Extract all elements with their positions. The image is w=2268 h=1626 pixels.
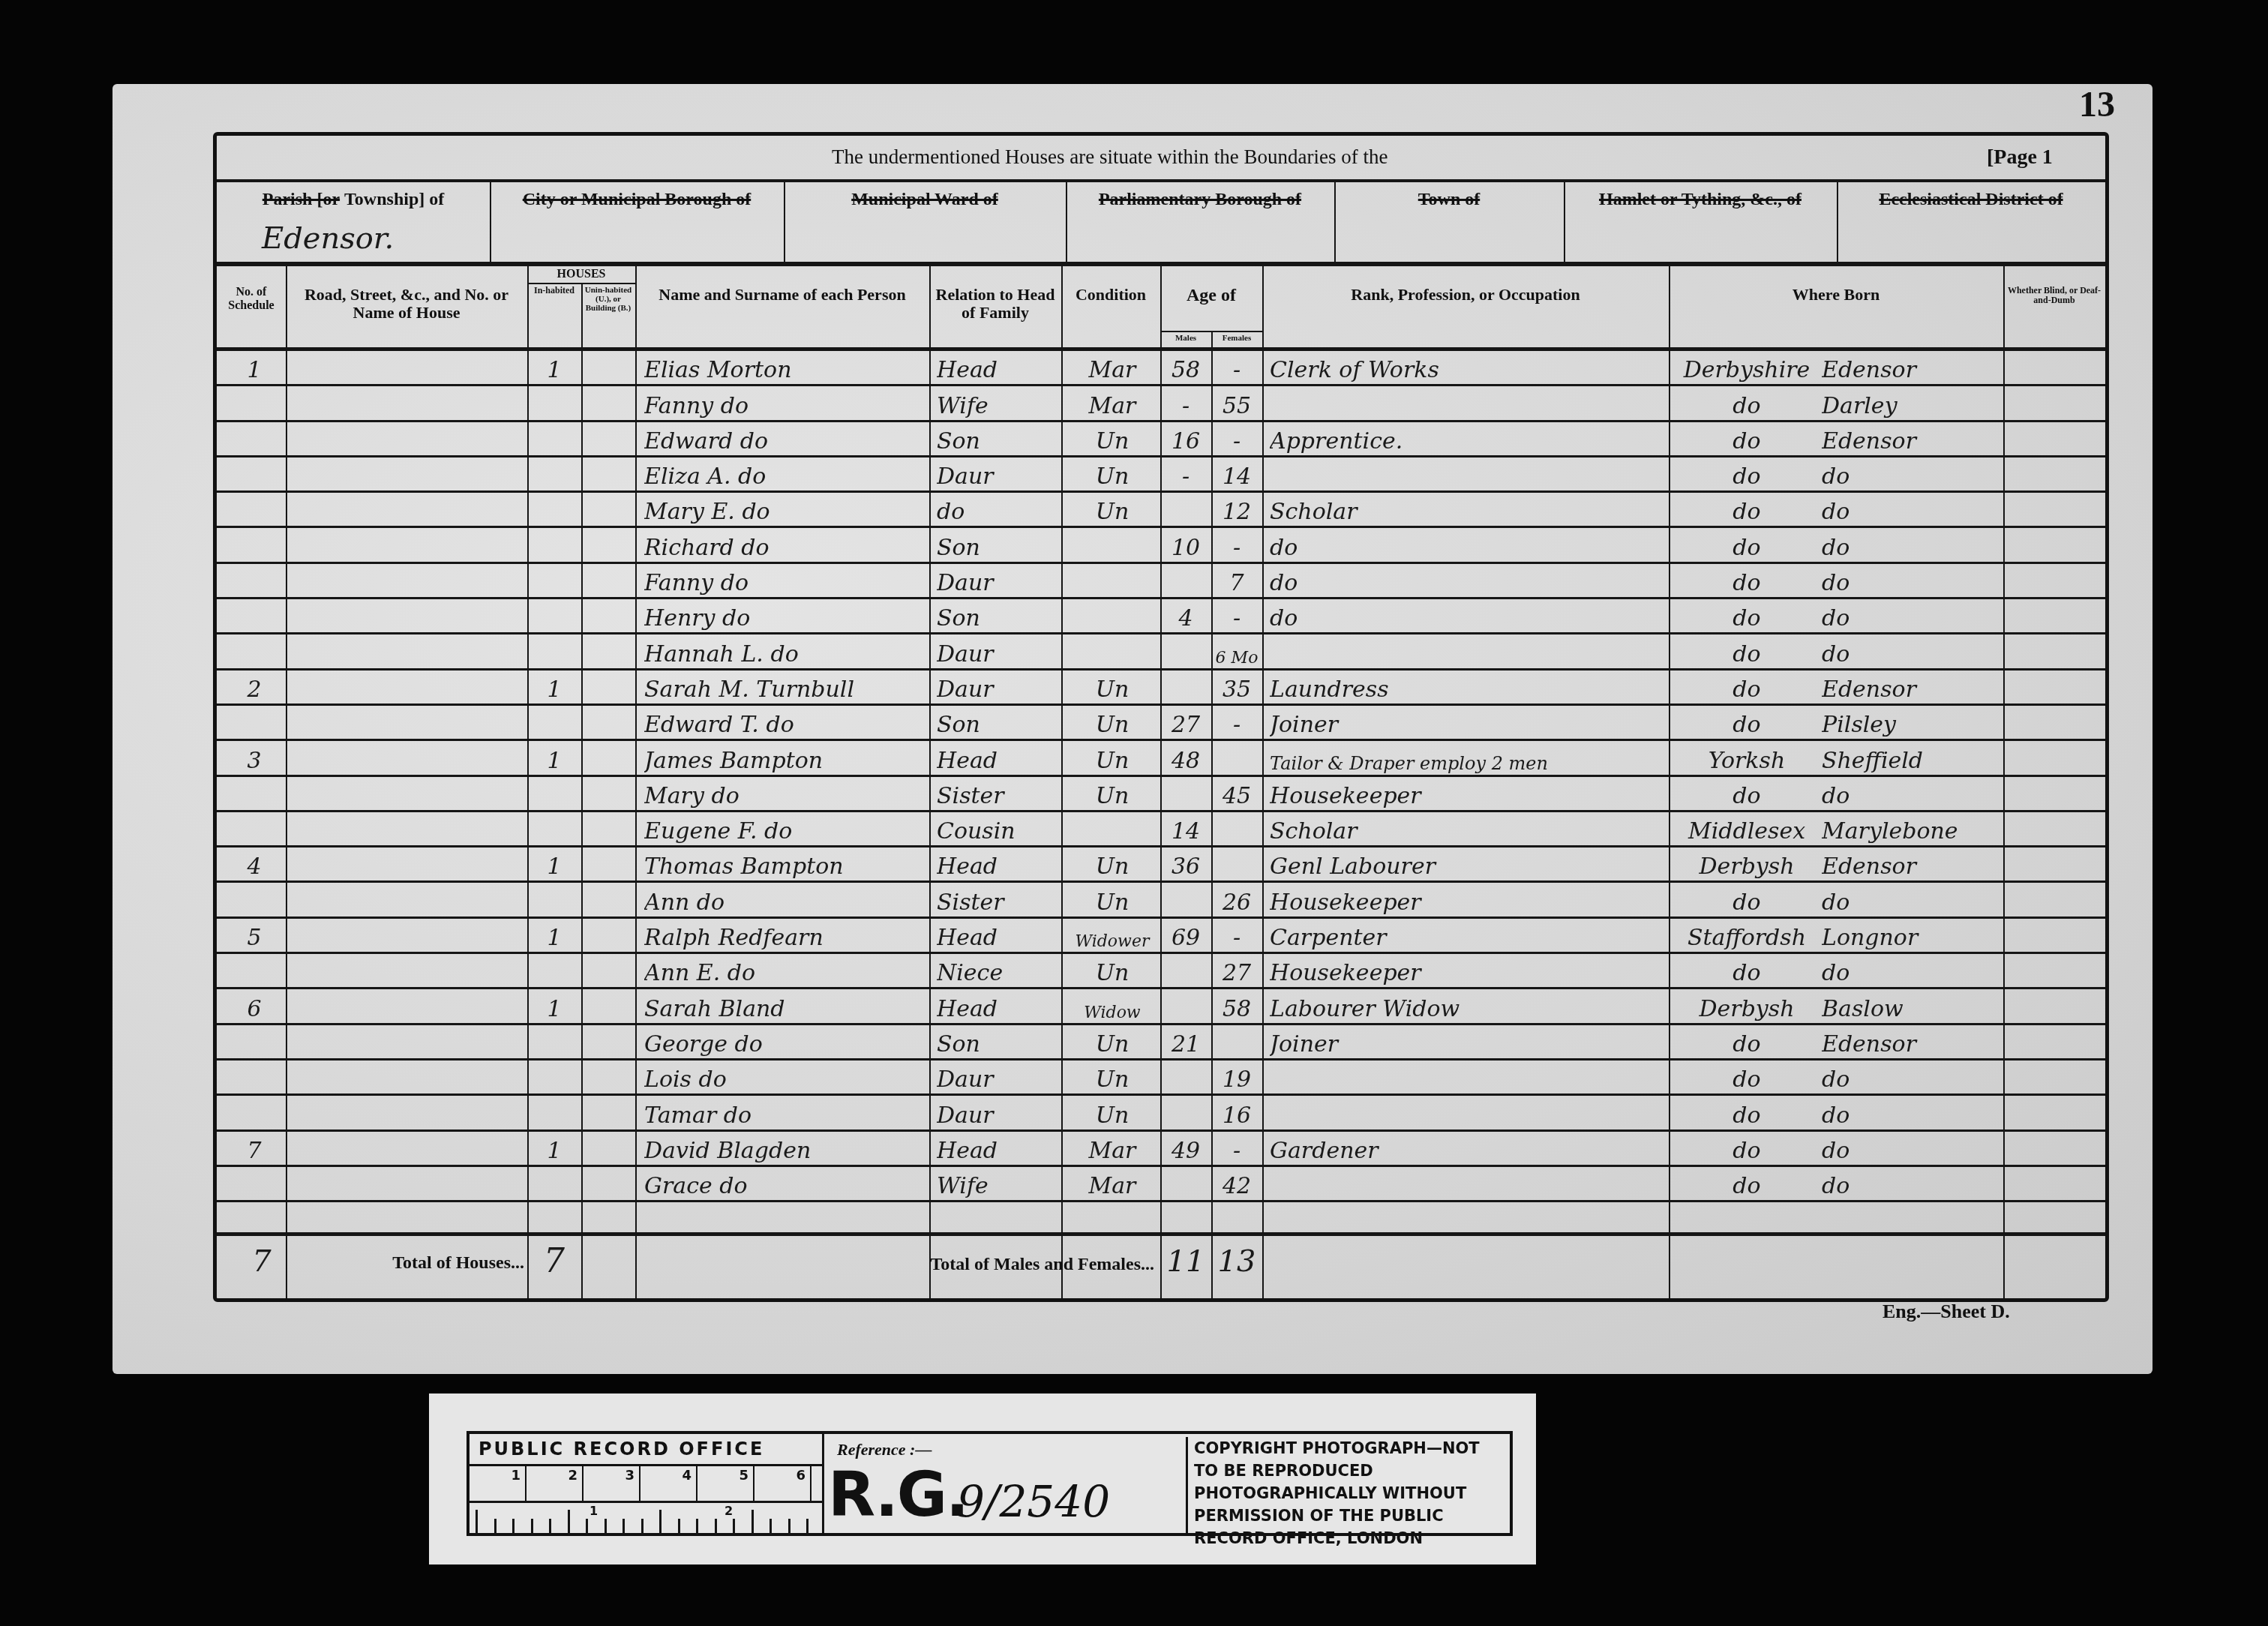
cell-female xyxy=(1211,847,1262,883)
column-header-relation: Relation to Head of Family xyxy=(932,286,1058,322)
cell-occupation: do xyxy=(1270,599,1669,634)
cell-name: Tamar do xyxy=(644,1096,929,1131)
reference-number: 9/2540 xyxy=(957,1476,1110,1527)
area-label-struck: Municipal Ward of xyxy=(851,190,998,209)
cell-relation: Son xyxy=(937,529,1061,564)
cell-schedule: 5 xyxy=(223,919,286,954)
folio-number: 13 xyxy=(2079,84,2115,125)
cell-female: 45 xyxy=(1211,777,1262,812)
cell-born-county: do xyxy=(1679,706,1814,741)
office-title: PUBLIC RECORD OFFICE xyxy=(478,1438,764,1459)
cell-relation: Cousin xyxy=(937,812,1061,847)
cell-occupation: Carpenter xyxy=(1270,919,1669,954)
cell-schedule xyxy=(223,634,286,670)
cell-born-place: Darley xyxy=(1822,386,1994,421)
cell-occupation: Housekeeper xyxy=(1270,954,1669,989)
cell-born-county: do xyxy=(1679,493,1814,528)
cell-male: 27 xyxy=(1160,706,1211,741)
cell-born-county: do xyxy=(1679,634,1814,670)
cell-female: 12 xyxy=(1211,493,1262,528)
cell-condition: Un xyxy=(1064,777,1160,812)
cell-schedule: 7 xyxy=(223,1132,286,1167)
cell-condition: Un xyxy=(1064,954,1160,989)
table-row: George doSonUn21JoinerdoEdensor xyxy=(217,1025,2105,1060)
cell-schedule xyxy=(223,564,286,599)
cell-condition: Un xyxy=(1064,741,1160,776)
cell-born-place: Baslow xyxy=(1822,989,1994,1024)
area-label-struck: Hamlet or Tything, &c., of xyxy=(1599,190,1801,209)
cell-condition xyxy=(1064,634,1160,670)
cell-relation: Head xyxy=(937,989,1061,1024)
cell-born-place: do xyxy=(1822,1096,1994,1131)
cell-relation: Head xyxy=(937,1132,1061,1167)
cell-born-county: do xyxy=(1679,670,1814,706)
cell-condition: Un xyxy=(1064,493,1160,528)
ruler-inch-label: 6 xyxy=(796,1468,805,1483)
cell-male: - xyxy=(1160,457,1211,493)
area-box-4: Town of xyxy=(1334,182,1564,262)
cell-male: - xyxy=(1160,386,1211,421)
cell-female: 16 xyxy=(1211,1096,1262,1131)
cell-male xyxy=(1160,989,1211,1024)
cell-schedule xyxy=(223,493,286,528)
cell-name: Edward T. do xyxy=(644,706,929,741)
cell-name: Ann E. do xyxy=(644,954,929,989)
cell-relation: Sister xyxy=(937,883,1061,919)
cell-born-county: do xyxy=(1679,1025,1814,1060)
cell-inhabited xyxy=(527,883,581,919)
boundary-caption: The undermentioned Houses are situate wi… xyxy=(832,146,1388,169)
cell-relation: Daur xyxy=(937,457,1061,493)
cell-female: 26 xyxy=(1211,883,1262,919)
total-houses-label: Total of Houses... xyxy=(329,1253,524,1273)
cell-born-county: do xyxy=(1679,954,1814,989)
cell-born-place: do xyxy=(1822,599,1994,634)
ruler-inch-label: 5 xyxy=(739,1468,748,1483)
cell-occupation xyxy=(1270,1167,1669,1202)
cell-relation: Son xyxy=(937,706,1061,741)
cell-male: 69 xyxy=(1160,919,1211,954)
total-houses-value: 7 xyxy=(527,1242,581,1280)
cell-female: - xyxy=(1211,351,1262,386)
cell-inhabited xyxy=(527,564,581,599)
cell-female: 14 xyxy=(1211,457,1262,493)
cell-born-place: Edensor xyxy=(1822,847,1994,883)
column-header-road: Road, Street, &c., and No. or Name of Ho… xyxy=(289,286,524,322)
table-row: 61Sarah BlandHeadWidow58Labourer WidowDe… xyxy=(217,989,2105,1024)
cell-relation: Son xyxy=(937,422,1061,457)
column-header-houses: HOUSES xyxy=(530,268,632,281)
cell-name: Fanny do xyxy=(644,386,929,421)
cell-condition: Un xyxy=(1064,457,1160,493)
cell-female: - xyxy=(1211,422,1262,457)
cell-occupation: Tailor & Draper employ 2 men xyxy=(1270,741,1669,776)
cell-occupation xyxy=(1270,1060,1669,1096)
column-header-schedule: No. of Schedule xyxy=(220,286,283,312)
cell-born-county: do xyxy=(1679,777,1814,812)
cell-occupation: Joiner xyxy=(1270,1025,1669,1060)
cell-name: Mary E. do xyxy=(644,493,929,528)
cell-relation: Niece xyxy=(937,954,1061,989)
cell-relation: Daur xyxy=(937,670,1061,706)
cell-condition: Widow xyxy=(1064,989,1160,1024)
ruler-inch-label: 1 xyxy=(511,1468,520,1483)
area-box-3: Parliamentary Borough of xyxy=(1066,182,1334,262)
cell-occupation: Scholar xyxy=(1270,493,1669,528)
cell-name: Eliza A. do xyxy=(644,457,929,493)
cell-born-place: do xyxy=(1822,954,1994,989)
cell-name: Grace do xyxy=(644,1167,929,1202)
cell-condition xyxy=(1064,564,1160,599)
cell-born-county: Derbyshire xyxy=(1679,351,1814,386)
cell-name: Edward do xyxy=(644,422,929,457)
cell-male xyxy=(1160,883,1211,919)
cell-male xyxy=(1160,954,1211,989)
cell-relation: Son xyxy=(937,1025,1061,1060)
cell-female: - xyxy=(1211,919,1262,954)
page-label: [Page 1 xyxy=(1987,146,2053,169)
cell-occupation xyxy=(1270,1096,1669,1131)
table-row: Henry doSon4-dododo xyxy=(217,599,2105,634)
cell-name: James Bampton xyxy=(644,741,929,776)
cell-born-county: Derbysh xyxy=(1679,989,1814,1024)
table-row: Ann doSisterUn26Housekeeperdodo xyxy=(217,883,2105,919)
cell-inhabited xyxy=(527,954,581,989)
cell-inhabited xyxy=(527,1025,581,1060)
cell-occupation: do xyxy=(1270,564,1669,599)
ruler-inch-3: 3 xyxy=(583,1466,640,1501)
cell-schedule xyxy=(223,954,286,989)
column-header-females: Females xyxy=(1214,334,1259,343)
cell-born-county: do xyxy=(1679,1096,1814,1131)
cell-schedule: 4 xyxy=(223,847,286,883)
cell-name: Mary do xyxy=(644,777,929,812)
column-header-where-born: Where Born xyxy=(1672,286,2000,304)
ruler-inch-6: 6 xyxy=(754,1466,811,1501)
cell-born-county: do xyxy=(1679,1167,1814,1202)
cell-female: - xyxy=(1211,599,1262,634)
cell-name: Fanny do xyxy=(644,564,929,599)
column-header-blind: Whether Blind, or Deaf-and-Dumb xyxy=(2006,286,2102,305)
cell-male xyxy=(1160,1167,1211,1202)
table-row: Hannah L. doDaur6 Mododo xyxy=(217,634,2105,670)
area-label: Township] of xyxy=(344,190,444,209)
cell-name: Elias Morton xyxy=(644,351,929,386)
cell-schedule: 6 xyxy=(223,989,286,1024)
cell-born-county: do xyxy=(1679,599,1814,634)
cell-name: Ann do xyxy=(644,883,929,919)
cell-occupation: Gardener xyxy=(1270,1132,1669,1167)
ruler-inch-5: 5 xyxy=(697,1466,754,1501)
cell-name: Lois do xyxy=(644,1060,929,1096)
cell-born-place: do xyxy=(1822,1132,1994,1167)
cell-inhabited xyxy=(527,599,581,634)
cell-male xyxy=(1160,777,1211,812)
table-row: Fanny doWifeMar-55doDarley xyxy=(217,386,2105,421)
cell-inhabited xyxy=(527,457,581,493)
cell-born-county: do xyxy=(1679,564,1814,599)
cell-female: - xyxy=(1211,706,1262,741)
cell-relation: Son xyxy=(937,599,1061,634)
table-row: Tamar doDaurUn16dodo xyxy=(217,1096,2105,1131)
parish-value: Edensor. xyxy=(262,221,394,256)
cell-occupation: Clerk of Works xyxy=(1270,351,1669,386)
ruler-inch-label: 3 xyxy=(625,1468,634,1483)
cell-occupation: Housekeeper xyxy=(1270,777,1669,812)
cell-schedule xyxy=(223,1167,286,1202)
cell-condition: Un xyxy=(1064,706,1160,741)
cell-relation: Sister xyxy=(937,777,1061,812)
cell-female: - xyxy=(1211,1132,1262,1167)
cell-inhabited xyxy=(527,493,581,528)
cell-schedule xyxy=(223,1025,286,1060)
cell-relation: Head xyxy=(937,919,1061,954)
cell-schedule xyxy=(223,777,286,812)
cell-inhabited xyxy=(527,706,581,741)
area-label-struck: City or Municipal Borough of xyxy=(523,190,751,209)
cell-relation: Daur xyxy=(937,564,1061,599)
cell-male: 14 xyxy=(1160,812,1211,847)
cell-female xyxy=(1211,812,1262,847)
cell-born-place: Edensor xyxy=(1822,670,1994,706)
cell-born-county: do xyxy=(1679,1060,1814,1096)
cell-inhabited: 1 xyxy=(527,919,581,954)
ruler-inch-2: 2 xyxy=(526,1466,583,1501)
cell-name: Eugene F. do xyxy=(644,812,929,847)
cell-inhabited xyxy=(527,634,581,670)
total-females: 13 xyxy=(1211,1244,1262,1279)
table-row: 41Thomas BamptonHeadUn36Genl LabourerDer… xyxy=(217,847,2105,883)
table-row: Lois doDaurUn19dodo xyxy=(217,1060,2105,1096)
cell-relation: Wife xyxy=(937,1167,1061,1202)
cell-born-county: do xyxy=(1679,883,1814,919)
table-row: Ann E. doNieceUn27Housekeeperdodo xyxy=(217,954,2105,989)
cell-condition: Un xyxy=(1064,883,1160,919)
table-row: Eugene F. doCousin14ScholarMiddlesexMary… xyxy=(217,812,2105,847)
area-box-6: Ecclesiastical District of xyxy=(1837,182,2105,262)
table-row: Mary doSisterUn45Housekeeperdodo xyxy=(217,777,2105,812)
cell-condition: Un xyxy=(1064,670,1160,706)
cell-born-place: Sheffield xyxy=(1822,741,1994,776)
cell-born-county: Yorksh xyxy=(1679,741,1814,776)
cell-name: Ralph Redfearn xyxy=(644,919,929,954)
cell-condition: Mar xyxy=(1064,351,1160,386)
cell-born-county: do xyxy=(1679,1132,1814,1167)
ruler-inch-label: 4 xyxy=(682,1468,691,1483)
cell-condition: Un xyxy=(1064,1025,1160,1060)
cell-male: 48 xyxy=(1160,741,1211,776)
cell-occupation: Labourer Widow xyxy=(1270,989,1669,1024)
cell-relation: Head xyxy=(937,351,1061,386)
cell-name: David Blagden xyxy=(644,1132,929,1167)
census-form: The undermentioned Houses are situate wi… xyxy=(213,132,2109,1302)
reference-prefix: R.G. xyxy=(828,1459,967,1531)
cell-inhabited xyxy=(527,1167,581,1202)
cell-name: Sarah M. Turnbull xyxy=(644,670,929,706)
cell-occupation: Scholar xyxy=(1270,812,1669,847)
cell-male xyxy=(1160,564,1211,599)
cell-inhabited xyxy=(527,777,581,812)
cell-condition xyxy=(1064,812,1160,847)
cell-condition: Un xyxy=(1064,1060,1160,1096)
cell-condition: Un xyxy=(1064,1096,1160,1131)
cell-schedule xyxy=(223,1060,286,1096)
cell-born-place: do xyxy=(1822,777,1994,812)
cell-condition: Un xyxy=(1064,847,1160,883)
cell-inhabited xyxy=(527,1060,581,1096)
column-header-age: Age of xyxy=(1163,286,1259,305)
cell-born-county: Staffordsh xyxy=(1679,919,1814,954)
table-row: Fanny doDaur7dododo xyxy=(217,564,2105,599)
cell-inhabited: 1 xyxy=(527,1132,581,1167)
area-label-struck: Parish [or xyxy=(262,190,340,209)
area-box-1: City or Municipal Borough of xyxy=(490,182,784,262)
cell-name: George do xyxy=(644,1025,929,1060)
cell-inhabited: 1 xyxy=(527,351,581,386)
table-row: 21Sarah M. TurnbullDaurUn35LaundressdoEd… xyxy=(217,670,2105,706)
ruler-inch-4: 4 xyxy=(640,1466,697,1501)
cell-schedule xyxy=(223,883,286,919)
cell-born-county: Middlesex xyxy=(1679,812,1814,847)
table-row: Edward doSonUn16-Apprentice.doEdensor xyxy=(217,422,2105,457)
cell-born-place: do xyxy=(1822,883,1994,919)
total-persons-label: Total of Males and Females... xyxy=(832,1255,1154,1274)
reference-label: Reference :— xyxy=(837,1440,931,1459)
stamp-frame: PUBLIC RECORD OFFICE 12345612 Reference … xyxy=(466,1431,1513,1536)
cell-born-place: do xyxy=(1822,564,1994,599)
cell-male: 4 xyxy=(1160,599,1211,634)
cell-born-place: Edensor xyxy=(1822,1025,1994,1060)
cell-occupation: do xyxy=(1270,529,1669,564)
area-box-2: Municipal Ward of xyxy=(784,182,1066,262)
cell-occupation xyxy=(1270,386,1669,421)
cell-schedule xyxy=(223,457,286,493)
cell-born-county: do xyxy=(1679,422,1814,457)
cell-name: Henry do xyxy=(644,599,929,634)
cell-born-county: do xyxy=(1679,386,1814,421)
cell-relation: Daur xyxy=(937,634,1061,670)
area-label-struck: Ecclesiastical District of xyxy=(1879,190,2062,209)
cell-schedule: 2 xyxy=(223,670,286,706)
cell-born-place: Pilsley xyxy=(1822,706,1994,741)
cell-schedule: 3 xyxy=(223,741,286,776)
cell-born-place: do xyxy=(1822,1060,1994,1096)
area-box-0: Parish [orTownship] ofEdensor. xyxy=(217,182,490,262)
measurement-ruler: 12345612 xyxy=(469,1464,822,1535)
cell-female: 55 xyxy=(1211,386,1262,421)
cell-male xyxy=(1160,670,1211,706)
cell-relation: Daur xyxy=(937,1060,1061,1096)
cell-relation: do xyxy=(937,493,1061,528)
cell-inhabited: 1 xyxy=(527,847,581,883)
cell-born-place: Longnor xyxy=(1822,919,1994,954)
area-label-struck: Parliamentary Borough of xyxy=(1099,190,1301,209)
cell-female xyxy=(1211,741,1262,776)
cell-male xyxy=(1160,1096,1211,1131)
cell-schedule xyxy=(223,422,286,457)
cell-female: 58 xyxy=(1211,989,1262,1024)
cell-inhabited xyxy=(527,386,581,421)
cell-inhabited xyxy=(527,422,581,457)
cell-female: 7 xyxy=(1211,564,1262,599)
cell-schedule xyxy=(223,529,286,564)
cell-name: Thomas Bampton xyxy=(644,847,929,883)
cell-female: 42 xyxy=(1211,1167,1262,1202)
cell-schedule xyxy=(223,386,286,421)
cell-condition xyxy=(1064,529,1160,564)
cell-schedule xyxy=(223,1096,286,1131)
column-header-males: Males xyxy=(1163,334,1208,343)
cell-relation: Daur xyxy=(937,1096,1061,1131)
table-row: 71David BlagdenHeadMar49-Gardenerdodo xyxy=(217,1132,2105,1167)
area-box-5: Hamlet or Tything, &c., of xyxy=(1564,182,1837,262)
table-row: Grace doWifeMar42dodo xyxy=(217,1167,2105,1202)
cell-born-county: do xyxy=(1679,529,1814,564)
cell-schedule xyxy=(223,599,286,634)
cell-male xyxy=(1160,1060,1211,1096)
ruler-cm-label: 2 xyxy=(724,1504,733,1518)
cell-relation: Wife xyxy=(937,386,1061,421)
cell-schedule xyxy=(223,812,286,847)
cell-condition: Un xyxy=(1064,422,1160,457)
cell-occupation: Apprentice. xyxy=(1270,422,1669,457)
cell-occupation: Genl Labourer xyxy=(1270,847,1669,883)
cell-occupation: Joiner xyxy=(1270,706,1669,741)
public-record-office-stamp: PUBLIC RECORD OFFICE 12345612 Reference … xyxy=(429,1393,1536,1564)
cell-male xyxy=(1160,493,1211,528)
cell-occupation xyxy=(1270,457,1669,493)
table-row: 31James BamptonHeadUn48Tailor & Draper e… xyxy=(217,741,2105,776)
ruler-cm-label: 1 xyxy=(589,1504,598,1518)
column-header-inhabited: In-habited xyxy=(530,286,578,295)
cell-female: 35 xyxy=(1211,670,1262,706)
cell-condition: Widower xyxy=(1064,919,1160,954)
cell-relation: Head xyxy=(937,741,1061,776)
column-header-uninhabited: Unin-habited (U.), or Building (B.) xyxy=(584,286,632,313)
cell-born-county: do xyxy=(1679,457,1814,493)
cell-inhabited: 1 xyxy=(527,670,581,706)
cell-condition: Mar xyxy=(1064,1132,1160,1167)
cell-inhabited: 1 xyxy=(527,989,581,1024)
copyright-notice: COPYRIGHT PHOTOGRAPH—NOT TO BE REPRODUCE… xyxy=(1186,1437,1508,1533)
cell-occupation: Housekeeper xyxy=(1270,883,1669,919)
cell-inhabited xyxy=(527,812,581,847)
cell-female xyxy=(1211,1025,1262,1060)
cell-schedule xyxy=(223,706,286,741)
total-males: 11 xyxy=(1160,1244,1211,1279)
cell-female: - xyxy=(1211,529,1262,564)
cell-female: 27 xyxy=(1211,954,1262,989)
cell-born-place: do xyxy=(1822,493,1994,528)
cell-male xyxy=(1160,634,1211,670)
cell-inhabited: 1 xyxy=(527,741,581,776)
cell-occupation xyxy=(1270,634,1669,670)
cell-condition xyxy=(1064,599,1160,634)
cell-male: 58 xyxy=(1160,351,1211,386)
column-header-condition: Condition xyxy=(1064,286,1157,304)
cell-male: 36 xyxy=(1160,847,1211,883)
cell-born-county: Derbysh xyxy=(1679,847,1814,883)
cell-inhabited xyxy=(527,1096,581,1131)
cell-occupation: Laundress xyxy=(1270,670,1669,706)
area-label-struck: Town of xyxy=(1418,190,1480,209)
cell-name: Hannah L. do xyxy=(644,634,929,670)
cell-male: 16 xyxy=(1160,422,1211,457)
table-row: 51Ralph RedfearnHeadWidower69-CarpenterS… xyxy=(217,919,2105,954)
cell-born-place: Marylebone xyxy=(1822,812,1994,847)
table-row: Richard doSon10-dododo xyxy=(217,529,2105,564)
cell-female: 6 Mo xyxy=(1211,634,1262,670)
